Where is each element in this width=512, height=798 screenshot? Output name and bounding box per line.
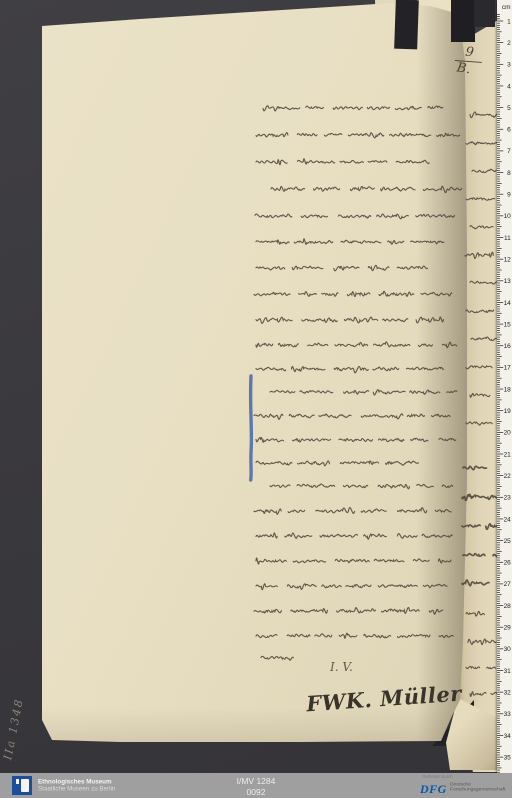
svg-text:33: 33 <box>504 711 512 718</box>
page-fold-shadow <box>40 2 468 744</box>
svg-text:22: 22 <box>504 473 512 480</box>
folio-numerator: 9 <box>464 45 484 61</box>
svg-text:17: 17 <box>504 365 512 372</box>
closing-initials: I. V. <box>330 660 353 674</box>
svg-text:12: 12 <box>504 256 512 263</box>
svg-text:20: 20 <box>504 430 512 437</box>
svg-text:1: 1 <box>507 18 511 25</box>
letter-page <box>40 2 468 744</box>
svg-text:4: 4 <box>507 83 511 90</box>
svg-text:28: 28 <box>504 603 512 610</box>
svg-text:8: 8 <box>507 170 511 177</box>
clip-shadow-middle <box>451 0 475 42</box>
clip-shadow-left <box>394 0 419 49</box>
svg-text:23: 23 <box>504 495 512 502</box>
svg-text:21: 21 <box>504 451 512 458</box>
funder-block: Gefördert durch DFG Deutsche Forschungsg… <box>420 774 506 798</box>
svg-text:25: 25 <box>504 538 512 545</box>
clip-shadow-right <box>474 0 495 27</box>
ruler-ticks: cm12345678910111213141516171819202122232… <box>497 0 512 798</box>
svg-text:11: 11 <box>504 235 511 242</box>
svg-text:26: 26 <box>504 560 512 567</box>
svg-text:2: 2 <box>507 40 511 47</box>
svg-text:27: 27 <box>504 581 512 588</box>
svg-text:34: 34 <box>504 733 512 740</box>
footer-bar: Ethnologisches Museum Staatliche Museen … <box>0 773 512 798</box>
svg-text:10: 10 <box>504 213 512 220</box>
svg-text:16: 16 <box>504 343 512 350</box>
svg-text:5: 5 <box>507 105 511 112</box>
ruler: cm12345678910111213141516171819202122232… <box>497 0 512 798</box>
svg-text:7: 7 <box>507 148 511 155</box>
svg-text:18: 18 <box>504 386 512 393</box>
funder-name: Deutsche Forschungsgemeinschaft <box>450 782 505 792</box>
svg-text:19: 19 <box>504 408 512 415</box>
svg-text:30: 30 <box>504 646 512 653</box>
svg-text:32: 32 <box>504 689 512 696</box>
svg-text:35: 35 <box>504 754 512 761</box>
funding-label: Gefördert durch <box>422 774 468 779</box>
svg-text:29: 29 <box>504 625 512 632</box>
svg-text:15: 15 <box>504 321 512 328</box>
svg-text:6: 6 <box>507 127 511 134</box>
svg-text:cm: cm <box>502 4 511 11</box>
svg-text:14: 14 <box>504 300 512 307</box>
svg-text:9: 9 <box>507 192 511 199</box>
next-page-folio-note: 9 B. <box>453 44 484 78</box>
svg-text:31: 31 <box>504 668 512 675</box>
svg-text:3: 3 <box>507 62 511 69</box>
document-scan-view: IIa 1348 I. V. FWK. Müller 16 2 9 B. cm1… <box>0 0 512 798</box>
dfg-logo: DFG <box>420 782 447 797</box>
svg-text:13: 13 <box>504 278 512 285</box>
svg-text:24: 24 <box>504 516 512 523</box>
